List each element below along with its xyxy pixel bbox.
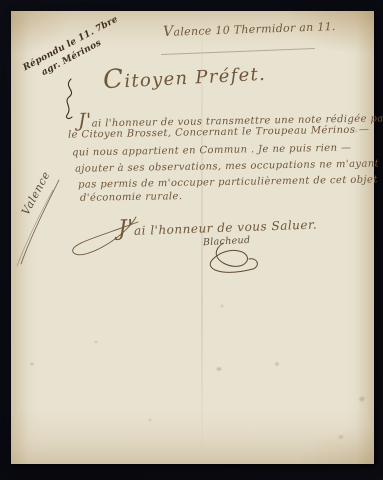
date-underline-stroke: [161, 48, 315, 55]
archive-side-note-stroke: [13, 176, 65, 268]
signature-paraph-flourish: [191, 239, 271, 281]
letter-paper: Valence 10 Thermidor an 11. Répondu le 1…: [11, 11, 374, 464]
closing-initial-flourish: [66, 211, 141, 266]
scan-background: Valence 10 Thermidor an 11. Répondu le 1…: [0, 0, 383, 480]
dateline: Valence 10 Thermidor an 11.: [163, 18, 336, 40]
body-line: d'économie rurale.: [80, 191, 183, 204]
salutation: Citoyen Préfet.: [102, 57, 266, 95]
body-line: qui nous appartient en Commun . Je ne pu…: [72, 143, 352, 159]
body-line: pas permis de m'occuper particulièrement…: [78, 174, 378, 190]
body-line: ajouter à ses observations, mes occupati…: [75, 158, 383, 175]
